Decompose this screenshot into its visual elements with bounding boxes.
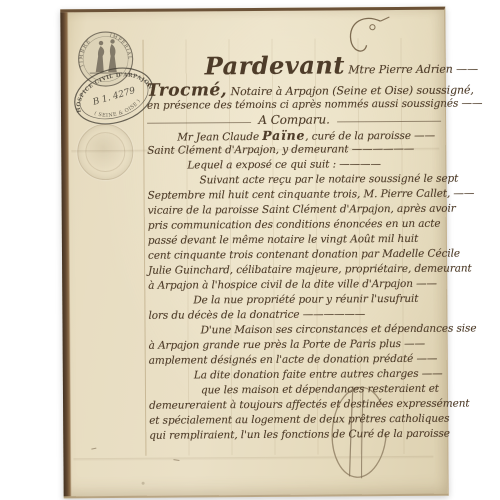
party-name-paine: Païne	[262, 128, 305, 143]
handwritten-line: en présence des témoins ci après nommés …	[147, 97, 441, 114]
document-page: TIMBRE IMPÉRIAL HOSPICE CIVIL D'ARPAJON …	[60, 7, 448, 499]
pencil-speck	[173, 459, 179, 461]
handwritten-line: qui rempliraient, l'un les fonctions de …	[149, 427, 443, 444]
handwritten-line: Lequel a exposé ce qui suit : ————	[187, 157, 441, 174]
oval-stamp-center-number: B 1. 4279	[91, 86, 137, 108]
opening-word-pardevant: Pardevant	[205, 50, 345, 80]
handwritten-line: que les maison et dépendances resteraien…	[201, 382, 443, 399]
handwritten-line: D'une Maison ses circonstances et dépend…	[200, 322, 442, 339]
handwritten-line: Saint Clément d'Arpajon, y demeurant ———…	[147, 142, 441, 159]
pencil-speck	[142, 482, 145, 485]
handwritten-line: Pardevant Mtre Pierre Adrien ——	[205, 48, 441, 84]
embossed-stamp	[77, 124, 133, 180]
handwritten-line: Suivant acte reçu par le notaire soussig…	[199, 172, 441, 189]
handwritten-line: De la nue propriété pour y réunir l'usuf…	[193, 292, 442, 309]
handwritten-line: La dite donation faite entre autres char…	[194, 367, 443, 384]
pencil-speck	[91, 448, 96, 450]
handwritten-text-block: Pardevant Mtre Pierre Adrien —— Trocmé, …	[147, 48, 444, 444]
document-photo-background: TIMBRE IMPÉRIAL HOSPICE CIVIL D'ARPAJON …	[0, 0, 500, 500]
